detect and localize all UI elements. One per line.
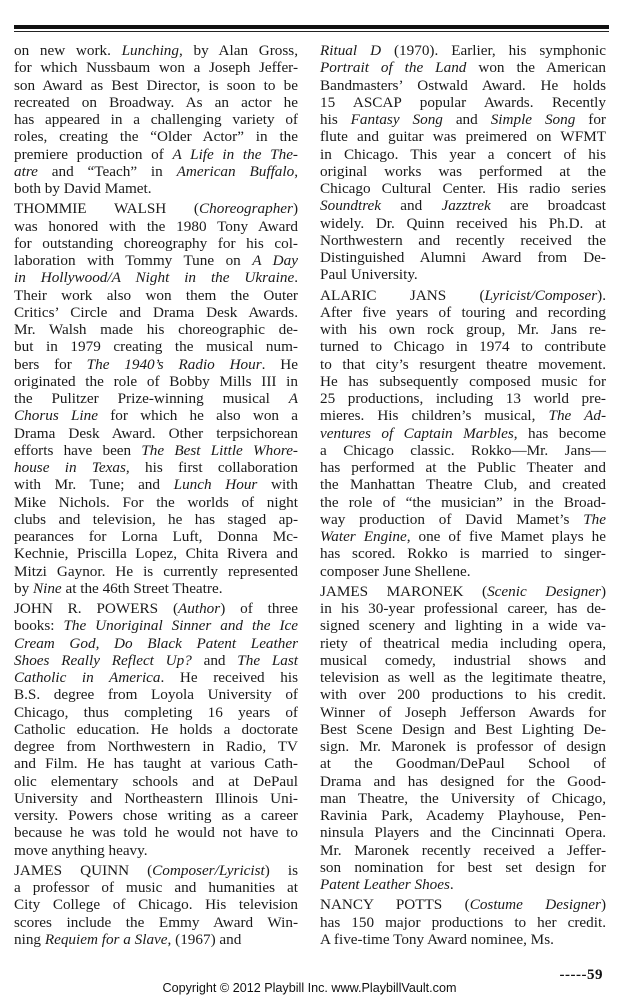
text-line: Chorus Line for which he also won a [14,407,298,424]
text-line: Kechnie, Priscilla Lopez, Chita Rivera a… [14,545,298,562]
text-line: THOMMIE WALSH (Choreographer) [14,200,298,217]
text-line: the role of “the musician” in the Broad- [320,494,606,511]
text-line: B.S. degree from Loyola University of [14,686,298,703]
text-line: a professor of music and humanities at [14,879,298,896]
text-line: with Mr. Tune; and Lunch Hour with [14,476,298,493]
text-line: laboration with Tommy Tune on A Day [14,252,298,269]
text-line: by Nine at the 46th Street Theatre. [14,580,298,597]
text-line: house in Texas, his first collaboration [14,459,298,476]
text-line: Drama and has designed for the Good- [320,773,606,790]
text-line: Paul University. [320,266,606,283]
text-line: because he was told he would not have to [14,824,298,841]
text-line: and Film. He has taught at various Cath- [14,755,298,772]
text-line: son Award as Best Director, is soon to b… [14,77,298,94]
text-line: Water Engine, one of five Mamet plays he [320,528,606,545]
text-line: books: The Unoriginal Sinner and the Ice [14,617,298,634]
text-line: He has subsequently composed music for [320,373,606,390]
bio-paragraph: THOMMIE WALSH (Choreographer)was honored… [14,200,298,597]
text-line: Cream God, Do Black Patent Leather [14,635,298,652]
text-line: atre and “Teach” in American Buffalo, [14,163,298,180]
text-line: clubs and television, he has staged ap- [14,511,298,528]
header-rule-thick [14,25,609,29]
text-line: Their work also won them the Outer [14,287,298,304]
playbill-page: on new work. Lunching, by Alan Gross,for… [0,0,619,1000]
text-line: for which Nussbaum won a Joseph Jeffer- [14,59,298,76]
text-line: University and Northeastern Illinois Uni… [14,790,298,807]
text-line: Ravinia Park, Academy Playhouse, Pen- [320,807,606,824]
text-line: roles, creating the “Older Actor” in the [14,128,298,145]
text-line: at the Goodman/DePaul School of [320,755,606,772]
page-number: -----59 [560,967,603,984]
text-line: in his 30-year professional career, has … [320,600,606,617]
text-line: widely. Dr. Quinn received his Ph.D. at [320,215,606,232]
text-line: Mr. Walsh made his choreographic de- [14,321,298,338]
text-line: Patent Leather Shoes. [320,876,606,893]
text-line: riety of theatrical media including oper… [320,635,606,652]
text-line: Ritual D (1970). Earlier, his symphonic [320,42,606,59]
text-line: on new work. Lunching, by Alan Gross, [14,42,298,59]
bio-paragraph: JAMES MARONEK (Scenic Designer)in his 30… [320,583,606,894]
text-line: City College of Chicago. His television [14,896,298,913]
text-line: ning Requiem for a Slave, (1967) and [14,931,298,948]
header-rule-thin [14,31,609,32]
text-line: his Fantasy Song and Simple Song for [320,111,606,128]
text-line: Portrait of the Land won the American [320,59,606,76]
text-line: has scored. Rokko is married to singer- [320,545,606,562]
text-line: flute and guitar was preimered on WFMT [320,128,606,145]
text-line: Soundtrek and Jazztrek are broadcast [320,197,606,214]
text-line: man Theatre, the University of Chicago, [320,790,606,807]
text-line: bers for The 1940’s Radio Hour. He [14,356,298,373]
text-line: with over 200 productions to his credit. [320,686,606,703]
text-line: Chicago, thus completing 16 years of [14,704,298,721]
text-line: has appeared in a challenging variety of [14,111,298,128]
text-line: a Chicago classic. Rokko—Mr. Jans— [320,442,606,459]
text-line: versity. Powers chose writing as a caree… [14,807,298,824]
text-line: for outstanding choreography for his col… [14,235,298,252]
text-line: both by David Mamet. [14,180,298,197]
text-line: premiere production of A Life in the The… [14,146,298,163]
text-line: Winner of Joseph Jefferson Awards for [320,704,606,721]
text-line: Chicago Cultural Center. His radio serie… [320,180,606,197]
bio-paragraph: ALARIC JANS (Lyricist/Composer).After fi… [320,287,606,580]
text-line: was honored with the 1980 Tony Award [14,218,298,235]
text-line: signed scenery and lighting in a wide va… [320,617,606,634]
text-line: the Manhattan Theatre Club, and created [320,476,606,493]
text-line: ALARIC JANS (Lyricist/Composer). [320,287,606,304]
text-line: with his own rock group, Mr. Jans re- [320,321,606,338]
text-line: Mr. Maronek recently received a Jeffer- [320,842,606,859]
text-line: in Chicago. This year a concert of his [320,146,606,163]
text-line: degree from Northwestern in Radio, TV [14,738,298,755]
text-line: has 150 major productions to her credit. [320,914,606,931]
text-line: musical comedy, industrial shows and [320,652,606,669]
text-line: Distinguished Alumni Award from De- [320,249,606,266]
text-line: but in 1979 creating the musical num- [14,338,298,355]
text-line: recreated on Broadway. As an actor he [14,94,298,111]
bio-paragraph: NANCY POTTS (Costume Designer)has 150 ma… [320,896,606,948]
text-line: After five years of touring and recordin… [320,304,606,321]
text-line: television as well as the legitimate the… [320,669,606,686]
text-line: JAMES MARONEK (Scenic Designer) [320,583,606,600]
text-line: son nomination for best set design for [320,859,606,876]
text-line: 25 productions, including 13 world pre- [320,390,606,407]
text-line: Northwestern and recently received the [320,232,606,249]
text-line: ninsula Players and the Cincinnati Opera… [320,824,606,841]
right-column: Ritual D (1970). Earlier, his symphonicP… [320,42,606,948]
text-line: sign. Mr. Maronek is professor of design [320,738,606,755]
text-line: original works was performed at the [320,163,606,180]
text-line: Critics’ Circle and Drama Desk Awards. [14,304,298,321]
text-line: turned to Chicago in 1974 to contribute [320,338,606,355]
text-line: Mitzi Gaynor. He is currently represente… [14,563,298,580]
text-line: efforts have been The Best Little Whore- [14,442,298,459]
text-line: Catholic education. He holds a doctorate [14,721,298,738]
text-line: has performed at the Public Theater and [320,459,606,476]
text-line: the Pulitzer Prize-winning musical A [14,390,298,407]
text-line: Shoes Really Reflect Up? and The Last [14,652,298,669]
bio-paragraph: JAMES QUINN (Composer/Lyricist) isa prof… [14,862,298,948]
text-line: Drama Desk Award. Other terpsichorean [14,425,298,442]
text-line: JAMES QUINN (Composer/Lyricist) is [14,862,298,879]
text-line: composer June Shellene. [320,563,606,580]
text-line: in Hollywood/A Night in the Ukraine. [14,269,298,286]
text-line: to that city’s resurgent theatre movemen… [320,356,606,373]
text-line: olic elementary schools and at DePaul [14,773,298,790]
text-line: mieres. His children’s musical, The Ad- [320,407,606,424]
continuation-paragraph: Ritual D (1970). Earlier, his symphonicP… [320,42,606,284]
text-line: move anything heavy. [14,842,298,859]
text-line: pearances for Lorna Luft, Donna Mc- [14,528,298,545]
text-line: Bandmasters’ Ostwald Award. He holds [320,77,606,94]
text-line: Best Scene Design and Best Lighting De- [320,721,606,738]
text-line: NANCY POTTS (Costume Designer) [320,896,606,913]
text-line: JOHN R. POWERS (Author) of three [14,600,298,617]
text-line: scores include the Emmy Award Win- [14,914,298,931]
text-line: way production of David Mamet’s The [320,511,606,528]
continuation-paragraph: on new work. Lunching, by Alan Gross,for… [14,42,298,197]
text-line: 15 ASCAP popular Awards. Recently [320,94,606,111]
bio-paragraph: JOHN R. POWERS (Author) of threebooks: T… [14,600,298,859]
text-line: A five-time Tony Award nominee, Ms. [320,931,606,948]
text-line: ventures of Captain Marbles, has become [320,425,606,442]
left-column: on new work. Lunching, by Alan Gross,for… [14,42,298,948]
text-line: originated the role of Bobby Mills III i… [14,373,298,390]
text-line: Mike Nichols. For the worlds of night [14,494,298,511]
text-line: Catholic in America. He received his [14,669,298,686]
copyright-footer: Copyright © 2012 Playbill Inc. www.Playb… [0,981,619,995]
